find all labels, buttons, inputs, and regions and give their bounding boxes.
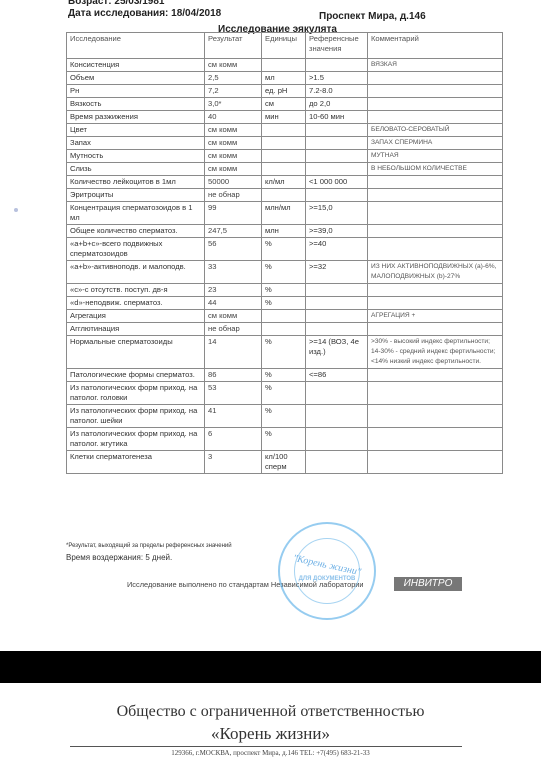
cell-test: Эритроциты: [67, 189, 205, 202]
table-row: Вязкость3,0*смдо 2,0: [67, 98, 503, 111]
cell-result: см комм: [205, 59, 262, 72]
cell-reference: >=39,0: [306, 225, 368, 238]
table-row: «c»-с отсутств. поступ. дв-я23%: [67, 284, 503, 297]
cell-test: Объем: [67, 72, 205, 85]
cell-reference: [306, 124, 368, 137]
cell-comment: >30% - высокий индекс фертильности; 14-3…: [368, 336, 503, 369]
cell-units: [262, 323, 306, 336]
table-row: «d»-неподвиж. сперматоз.44%: [67, 297, 503, 310]
scan-speck: [14, 208, 18, 212]
cell-comment: [368, 428, 503, 451]
col-comment: Комментарий: [368, 33, 503, 59]
cell-result: см комм: [205, 163, 262, 176]
cell-units: кл/100 сперм: [262, 451, 306, 474]
cell-units: млн: [262, 225, 306, 238]
cell-test: Консистенция: [67, 59, 205, 72]
cell-units: см: [262, 98, 306, 111]
footnote: *Результат, выходящий за пределы референ…: [66, 543, 232, 549]
cell-test: Цвет: [67, 124, 205, 137]
cell-comment: [368, 202, 503, 225]
cell-result: 3: [205, 451, 262, 474]
table-row: Клетки сперматогенеза3кл/100 сперм: [67, 451, 503, 474]
lab-address: Проспект Мира, д.146: [319, 11, 426, 22]
cell-test: Клетки сперматогенеза: [67, 451, 205, 474]
cell-units: %: [262, 405, 306, 428]
cell-test: Количество лейкоцитов в 1мл: [67, 176, 205, 189]
table-row: Объем2,5мл>1.5: [67, 72, 503, 85]
cell-reference: [306, 150, 368, 163]
cell-test: Общее количество сперматоз.: [67, 225, 205, 238]
cell-reference: [306, 382, 368, 405]
table-row: Цветсм коммБЕЛОВАТО-СЕРОВАТЫЙ: [67, 124, 503, 137]
table-row: Концентрация сперматозоидов в 1 мл99млн/…: [67, 202, 503, 225]
cell-result: 50000: [205, 176, 262, 189]
table-row: «a+b»-активноподв. и малоподв.33%>=32ИЗ …: [67, 261, 503, 284]
cell-result: 33: [205, 261, 262, 284]
cell-comment: [368, 189, 503, 202]
cell-result: не обнар: [205, 189, 262, 202]
cell-test: Патологические формы сперматоз.: [67, 369, 205, 382]
company-stamp: "Корень жизни" ДЛЯ ДОКУМЕНТОВ: [278, 522, 376, 620]
cell-result: см комм: [205, 310, 262, 323]
table-row: Время разжижения40мин10-60 мин: [67, 111, 503, 124]
cell-units: %: [262, 238, 306, 261]
cell-test: Нормальные сперматозоиды: [67, 336, 205, 369]
cell-units: [262, 310, 306, 323]
cell-comment: МУТНАЯ: [368, 150, 503, 163]
table-row: Количество лейкоцитов в 1мл50000кл/мл<1 …: [67, 176, 503, 189]
abstinence-time: Время воздержания: 5 дней.: [66, 553, 172, 562]
cell-result: 86: [205, 369, 262, 382]
cell-units: %: [262, 369, 306, 382]
cell-units: млн/мл: [262, 202, 306, 225]
table-row: Агрегациясм коммАГРЕГАЦИЯ +: [67, 310, 503, 323]
letterhead-divider: [70, 746, 462, 747]
stamp-subtext: ДЛЯ ДОКУМЕНТОВ: [280, 576, 374, 582]
cell-comment: АГРЕГАЦИЯ +: [368, 310, 503, 323]
table-row: Патологические формы сперматоз.86%<=86: [67, 369, 503, 382]
cell-result: 6: [205, 428, 262, 451]
col-result: Результат: [205, 33, 262, 59]
cell-reference: >=14 (ВОЗ, 4е изд.): [306, 336, 368, 369]
cell-test: Время разжижения: [67, 111, 205, 124]
table-row: Запахсм коммЗАПАХ СПЕРМИНА: [67, 137, 503, 150]
cell-comment: В НЕБОЛЬШОМ КОЛИЧЕСТВЕ: [368, 163, 503, 176]
study-date: Дата исследования: 18/04/2018: [68, 8, 221, 19]
cell-comment: [368, 225, 503, 238]
cell-units: [262, 189, 306, 202]
col-test: Исследование: [67, 33, 205, 59]
cell-reference: [306, 428, 368, 451]
cell-result: см комм: [205, 137, 262, 150]
cell-test: Из патологических форм приход. на патоло…: [67, 382, 205, 405]
cell-reference: [306, 284, 368, 297]
cell-reference: >=15,0: [306, 202, 368, 225]
cell-comment: [368, 405, 503, 428]
cell-test: Агрегация: [67, 310, 205, 323]
table-row: «a+b+c»-всего подвижных сперматозоидов56…: [67, 238, 503, 261]
cell-units: [262, 150, 306, 163]
cell-units: ед. pH: [262, 85, 306, 98]
table-row: Эритроцитыне обнар: [67, 189, 503, 202]
cell-reference: >=40: [306, 238, 368, 261]
cell-reference: 7.2-8.0: [306, 85, 368, 98]
table-row: Из патологических форм приход. на патоло…: [67, 382, 503, 405]
cell-comment: [368, 323, 503, 336]
cell-reference: [306, 451, 368, 474]
cell-comment: [368, 98, 503, 111]
cell-reference: <1 000 000: [306, 176, 368, 189]
cell-units: [262, 137, 306, 150]
cell-comment: ИЗ НИХ АКТИВНОПОДВИЖНЫХ (a)-6%, МАЛОПОДВ…: [368, 261, 503, 284]
cell-result: 56: [205, 238, 262, 261]
cell-reference: <=86: [306, 369, 368, 382]
cell-comment: [368, 176, 503, 189]
table-row: Из патологических форм приход. на патоло…: [67, 428, 503, 451]
cell-test: «a+b»-активноподв. и малоподв.: [67, 261, 205, 284]
letterhead-line1: Общество с ограниченной ответственностью: [0, 703, 541, 721]
cell-result: 23: [205, 284, 262, 297]
cell-units: %: [262, 336, 306, 369]
table-row: Нормальные сперматозоиды14%>=14 (ВОЗ, 4е…: [67, 336, 503, 369]
cell-test: Вязкость: [67, 98, 205, 111]
cell-test: Из патологических форм приход. на патоло…: [67, 405, 205, 428]
cell-comment: [368, 238, 503, 261]
cell-result: 53: [205, 382, 262, 405]
cell-reference: [306, 405, 368, 428]
cell-comment: [368, 369, 503, 382]
cell-reference: [306, 310, 368, 323]
cell-test: «a+b+c»-всего подвижных сперматозоидов: [67, 238, 205, 261]
cell-reference: [306, 59, 368, 72]
table-row: Общее количество сперматоз.247,5млн>=39,…: [67, 225, 503, 238]
cell-test: «d»-неподвиж. сперматоз.: [67, 297, 205, 310]
cell-comment: [368, 72, 503, 85]
letterhead-company: «Корень жизни»: [0, 724, 541, 744]
cell-result: 40: [205, 111, 262, 124]
cell-reference: [306, 163, 368, 176]
cell-comment: ВЯЗКАЯ: [368, 59, 503, 72]
cell-result: 7,2: [205, 85, 262, 98]
cell-reference: [306, 189, 368, 202]
cell-units: [262, 59, 306, 72]
cell-result: 14: [205, 336, 262, 369]
table-row: Агглютинацияне обнар: [67, 323, 503, 336]
cell-test: «c»-с отсутств. поступ. дв-я: [67, 284, 205, 297]
cell-test: Запах: [67, 137, 205, 150]
cell-comment: [368, 382, 503, 405]
cell-comment: [368, 451, 503, 474]
cell-units: [262, 163, 306, 176]
cell-reference: >=32: [306, 261, 368, 284]
patient-age: Возраст: 25/03/1981: [68, 0, 164, 7]
cell-units: %: [262, 284, 306, 297]
cell-result: см комм: [205, 150, 262, 163]
cell-result: 2,5: [205, 72, 262, 85]
cell-result: 41: [205, 405, 262, 428]
cell-units: мл: [262, 72, 306, 85]
table-row: Мутностьсм коммМУТНАЯ: [67, 150, 503, 163]
cell-units: %: [262, 382, 306, 405]
cell-result: 247,5: [205, 225, 262, 238]
cell-test: Агглютинация: [67, 323, 205, 336]
letterhead-address: 129366, г.МОСКВА, проспект Мира, д.146 T…: [0, 749, 541, 757]
table-row: Рн7,2ед. pH7.2-8.0: [67, 85, 503, 98]
cell-comment: [368, 297, 503, 310]
cell-reference: [306, 137, 368, 150]
cell-comment: [368, 284, 503, 297]
cell-test: Рн: [67, 85, 205, 98]
cell-units: %: [262, 261, 306, 284]
cell-reference: 10-60 мин: [306, 111, 368, 124]
cell-result: 44: [205, 297, 262, 310]
cell-test: Из патологических форм приход. на патоло…: [67, 428, 205, 451]
cell-comment: [368, 111, 503, 124]
col-reference: Референсные значения: [306, 33, 368, 59]
cell-units: мин: [262, 111, 306, 124]
table-row: Слизьсм коммВ НЕБОЛЬШОМ КОЛИЧЕСТВЕ: [67, 163, 503, 176]
table-header-row: Исследование Результат Единицы Референсн…: [67, 33, 503, 59]
cell-comment: [368, 85, 503, 98]
invitro-logo: ИНВИТРО: [394, 577, 462, 591]
cell-test: Слизь: [67, 163, 205, 176]
cell-result: не обнар: [205, 323, 262, 336]
cell-units: %: [262, 297, 306, 310]
cell-test: Концентрация сперматозоидов в 1 мл: [67, 202, 205, 225]
cell-units: кл/мл: [262, 176, 306, 189]
redaction-bar: [0, 651, 541, 683]
cell-test: Мутность: [67, 150, 205, 163]
cell-reference: >1.5: [306, 72, 368, 85]
cell-result: 99: [205, 202, 262, 225]
cell-reference: до 2,0: [306, 98, 368, 111]
cell-comment: БЕЛОВАТО-СЕРОВАТЫЙ: [368, 124, 503, 137]
table-row: Консистенциясм коммВЯЗКАЯ: [67, 59, 503, 72]
cell-units: [262, 124, 306, 137]
results-table: Исследование Результат Единицы Референсн…: [66, 32, 503, 474]
table-row: Из патологических форм приход. на патоло…: [67, 405, 503, 428]
cell-result: 3,0*: [205, 98, 262, 111]
cell-units: %: [262, 428, 306, 451]
cell-reference: [306, 323, 368, 336]
cell-comment: ЗАПАХ СПЕРМИНА: [368, 137, 503, 150]
cell-reference: [306, 297, 368, 310]
col-units: Единицы: [262, 33, 306, 59]
cell-result: см комм: [205, 124, 262, 137]
